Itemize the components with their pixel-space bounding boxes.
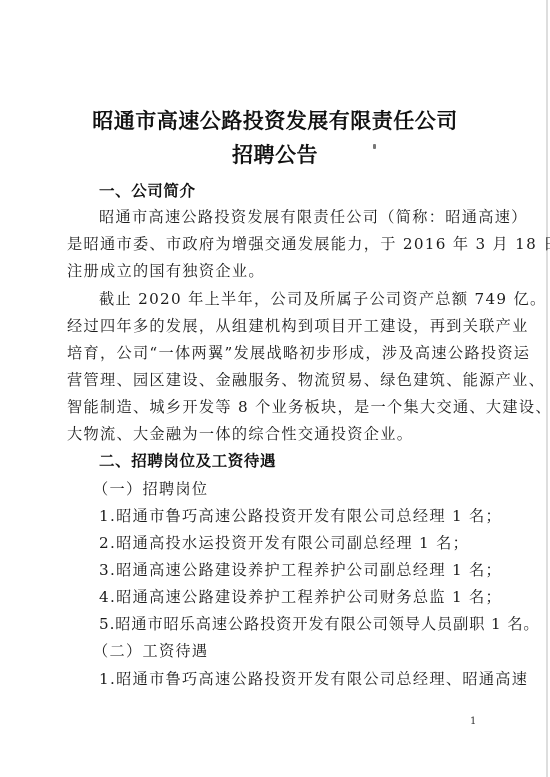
paragraph-line: 培育，公司“一体两翼”发展战略初步形成，涉及高速公路投资运	[67, 343, 487, 363]
document-subtitle: 招聘公告	[0, 139, 550, 169]
list-item: 4.昭通高速公路建设养护工程养护公司财务总监 1 名；	[99, 587, 519, 607]
section2-heading: 二、招聘岗位及工资待遇	[99, 451, 519, 471]
subsection1-heading: （一）招聘岗位	[93, 479, 513, 499]
paragraph-line: 注册成立的国有独资企业。	[67, 261, 487, 281]
scan-speck	[373, 144, 376, 149]
document-page: 昭通市高速公路投资发展有限责任公司 招聘公告 一、公司简介 昭通市高速公路投资发…	[0, 0, 550, 777]
paragraph-line: 营管理、园区建设、金融服务、物流贸易、绿色建筑、能源产业、	[67, 370, 487, 390]
list-item: 5.昭通市昭乐高速公路投资开发有限公司领导人员副职 1 名。	[99, 614, 519, 634]
list-item: 3.昭通高速公路建设养护工程养护公司副总经理 1 名；	[99, 560, 519, 580]
paragraph-line: 大物流、大金融为一体的综合性交通投资企业。	[67, 424, 487, 444]
section1-heading: 一、公司简介	[99, 181, 519, 201]
list-item: 1.昭通市鲁巧高速公路投资开发有限公司总经理、昭通高速	[99, 669, 519, 689]
page-number: 1	[470, 716, 476, 727]
list-item: 2.昭通高投水运投资开发有限公司副总经理 1 名；	[99, 533, 519, 553]
paragraph-line: 智能制造、城乡开发等 8 个业务板块，是一个集大交通、大建设、	[67, 397, 487, 417]
document-title: 昭通市高速公路投资发展有限责任公司	[0, 105, 550, 135]
paragraph-line: 经过四年多的发展，从组建机构到项目开工建设，再到关联产业	[67, 316, 487, 336]
paragraph-line: 是昭通市委、市政府为增强交通发展能力，于 2016 年 3 月 18 日	[67, 234, 487, 254]
paragraph-line: 截止 2020 年上半年，公司及所属子公司资产总额 749 亿。	[99, 289, 519, 309]
subsection2-heading: （二）工资待遇	[93, 641, 513, 661]
paragraph-line: 昭通市高速公路投资发展有限责任公司（简称：昭通高速）	[99, 207, 519, 227]
list-item: 1.昭通市鲁巧高速公路投资开发有限公司总经理 1 名；	[99, 506, 519, 526]
